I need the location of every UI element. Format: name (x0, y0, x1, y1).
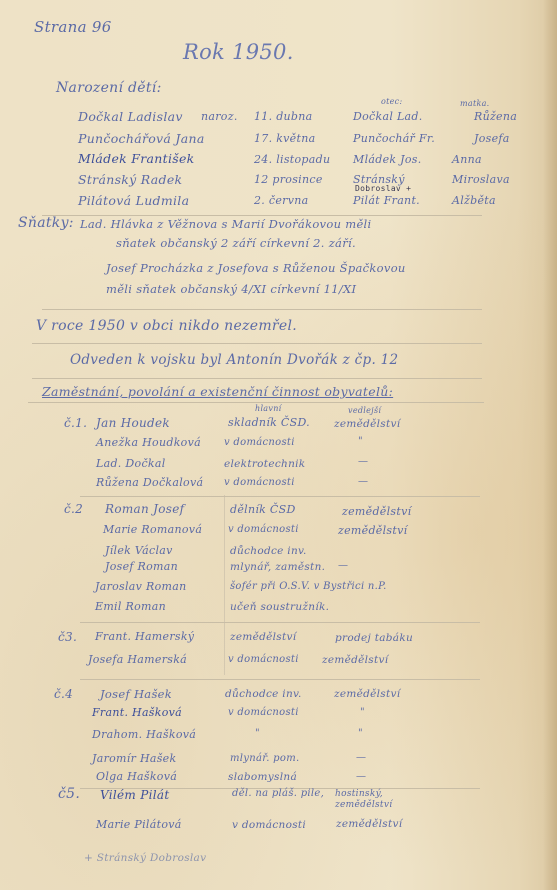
main-occupation: dělník ČSD (230, 503, 296, 516)
member-name: Jaromír Hašek (92, 752, 176, 765)
house-number: č.1. (64, 416, 87, 430)
child-name: Stránský Radek (78, 172, 182, 187)
father-column-header: otec: (381, 97, 402, 106)
column-rule (224, 495, 225, 675)
member-name: Jan Houdek (96, 416, 170, 430)
side-occupation: prodej tabáku (335, 632, 413, 644)
mother-name: Růžena (474, 110, 517, 123)
birth-date: 24. listopadu (254, 153, 330, 166)
main-occupation: děl. na pláš. pile, (232, 788, 324, 799)
house-number: č.4 (54, 687, 73, 701)
divider (42, 215, 482, 216)
mother-name: Miroslava (452, 173, 510, 186)
main-occupation: zemědělství (230, 631, 296, 643)
main-occupation: v domácnosti (224, 477, 295, 488)
member-name: Marie Romanová (103, 523, 202, 536)
member-name: Anežka Houdková (96, 436, 201, 449)
side-occupation: zemědělství (342, 505, 411, 518)
side-occupation: — (356, 771, 366, 782)
marriage-line: sňatek občanský 2 září církevní 2. září. (116, 236, 356, 250)
child-name: Mládek František (78, 151, 195, 166)
member-name: Marie Pilátová (96, 818, 182, 831)
side-occupation: — (358, 456, 368, 467)
side-occupation-header: vedlejší (348, 406, 381, 415)
birth-note: naroz. (201, 110, 238, 123)
insert-note: Dobroslav + (355, 184, 411, 193)
birth-date: 17. května (254, 132, 315, 145)
mother-column-header: matka. (460, 99, 490, 108)
main-occupation: učeň soustružník. (230, 601, 329, 613)
page-label: Strana 96 (34, 18, 112, 36)
side-occupation: " (360, 707, 365, 718)
side-occupation: — (358, 476, 368, 487)
side-occupation: zemědělství (334, 688, 400, 700)
main-occupation: šofér při O.S.V. v Bystřici n.P. (230, 581, 387, 592)
side-occupation: zemědělství (334, 418, 400, 430)
member-name: Jaroslav Roman (95, 580, 186, 593)
main-occupation: v domácnosti (228, 524, 299, 535)
member-name: Emil Roman (95, 600, 166, 613)
member-name: Růžena Dočkalová (96, 476, 203, 489)
chronicle-page: Strana 96 Rok 1950. Narození dětí: otec:… (0, 0, 557, 890)
side-occupation: " (358, 728, 363, 739)
marriage-line: měli sňatek občanský 4/XI církevní 11/XI (106, 282, 356, 296)
main-occupation: v domácnosti (228, 654, 299, 665)
main-occupation: " (255, 728, 260, 739)
main-occupation: skladník ČSD. (228, 416, 310, 429)
marriages-heading: Sňatky: (18, 215, 74, 231)
divider (42, 309, 482, 310)
marriage-line: Josef Procházka z Josefova s Růženou Špa… (106, 261, 406, 275)
divider (32, 343, 482, 344)
mother-name: Anna (452, 153, 482, 166)
birth-date: 12 prosince (254, 173, 323, 186)
member-name: Vilém Pilát (100, 788, 169, 802)
deaths-line: V roce 1950 v obci nikdo nezemřel. (36, 318, 297, 334)
member-name: Josef Roman (105, 560, 178, 573)
member-name: Josef Hašek (100, 687, 172, 701)
house-number: č.2 (64, 502, 83, 516)
member-name: Josefa Hamerská (88, 653, 187, 666)
main-occupation: v domácnosti (224, 437, 295, 448)
page-edge-shadow (543, 0, 557, 890)
side-occupation: zemědělství (338, 524, 407, 537)
mother-name: Josefa (474, 132, 510, 145)
father-name: Pilát Frant. (353, 194, 420, 207)
birth-date: 2. června (254, 194, 308, 207)
member-name: Drahom. Hašková (92, 728, 196, 741)
main-occupation: důchodce inv. (230, 545, 307, 557)
father-name: Dočkal Lad. (353, 110, 423, 123)
father-name: Mládek Jos. (353, 153, 422, 166)
member-name: Roman Josef (105, 502, 184, 516)
occupation-heading: Zaměstnání, povolání a existenční činnos… (42, 384, 393, 399)
side-occupation: — (356, 752, 366, 763)
divider (80, 622, 480, 623)
conscription-line: Odveden k vojsku byl Antonín Dvořák z čp… (70, 352, 398, 368)
divider (28, 402, 484, 403)
main-occupation-header: hlavní (255, 404, 282, 413)
father-name: Punčochář Fr. (353, 132, 435, 145)
birth-date: 11. dubna (254, 110, 313, 123)
main-occupation: elektrotechnik (224, 458, 305, 470)
side-occupation: zemědělství (336, 818, 402, 830)
side-occupation: hostinský, zemědělství (335, 789, 425, 811)
house-number: č3. (58, 630, 77, 644)
house-number: č5. (58, 786, 80, 802)
child-name: Punčochářová Jana (78, 131, 205, 146)
member-name: Olga Hašková (96, 770, 177, 783)
marriage-line: Lad. Hlávka z Věžnova s Marií Dvořákovou… (80, 217, 372, 231)
divider (32, 378, 482, 379)
divider (80, 496, 480, 497)
main-occupation: důchodce inv. (225, 688, 302, 700)
mother-name: Alžběta (452, 194, 496, 207)
main-occupation: v domácnosti (232, 819, 306, 831)
member-name: Frant. Hašková (92, 706, 182, 719)
member-name: Frant. Hamerský (95, 630, 194, 643)
member-name: Lad. Dočkal (96, 457, 166, 470)
main-occupation: mlynář, zaměstn. (230, 561, 325, 573)
side-occupation: " (358, 436, 363, 447)
births-heading: Narození dětí: (56, 80, 162, 96)
main-occupation: mlynář. pom. (230, 753, 299, 764)
child-name: Pilátová Ludmila (78, 193, 189, 208)
member-name: Jílek Václav (105, 544, 173, 557)
child-name: Dočkal Ladislav (78, 109, 183, 124)
side-occupation: — (338, 560, 348, 571)
divider (80, 679, 480, 680)
main-occupation: slabomyslná (228, 771, 297, 783)
year-heading: Rok 1950. (183, 40, 294, 64)
main-occupation: v domácnosti (228, 707, 299, 718)
side-occupation: zemědělství (322, 654, 388, 666)
footer-pencil-note: + Stránský Dobroslav (84, 852, 206, 864)
